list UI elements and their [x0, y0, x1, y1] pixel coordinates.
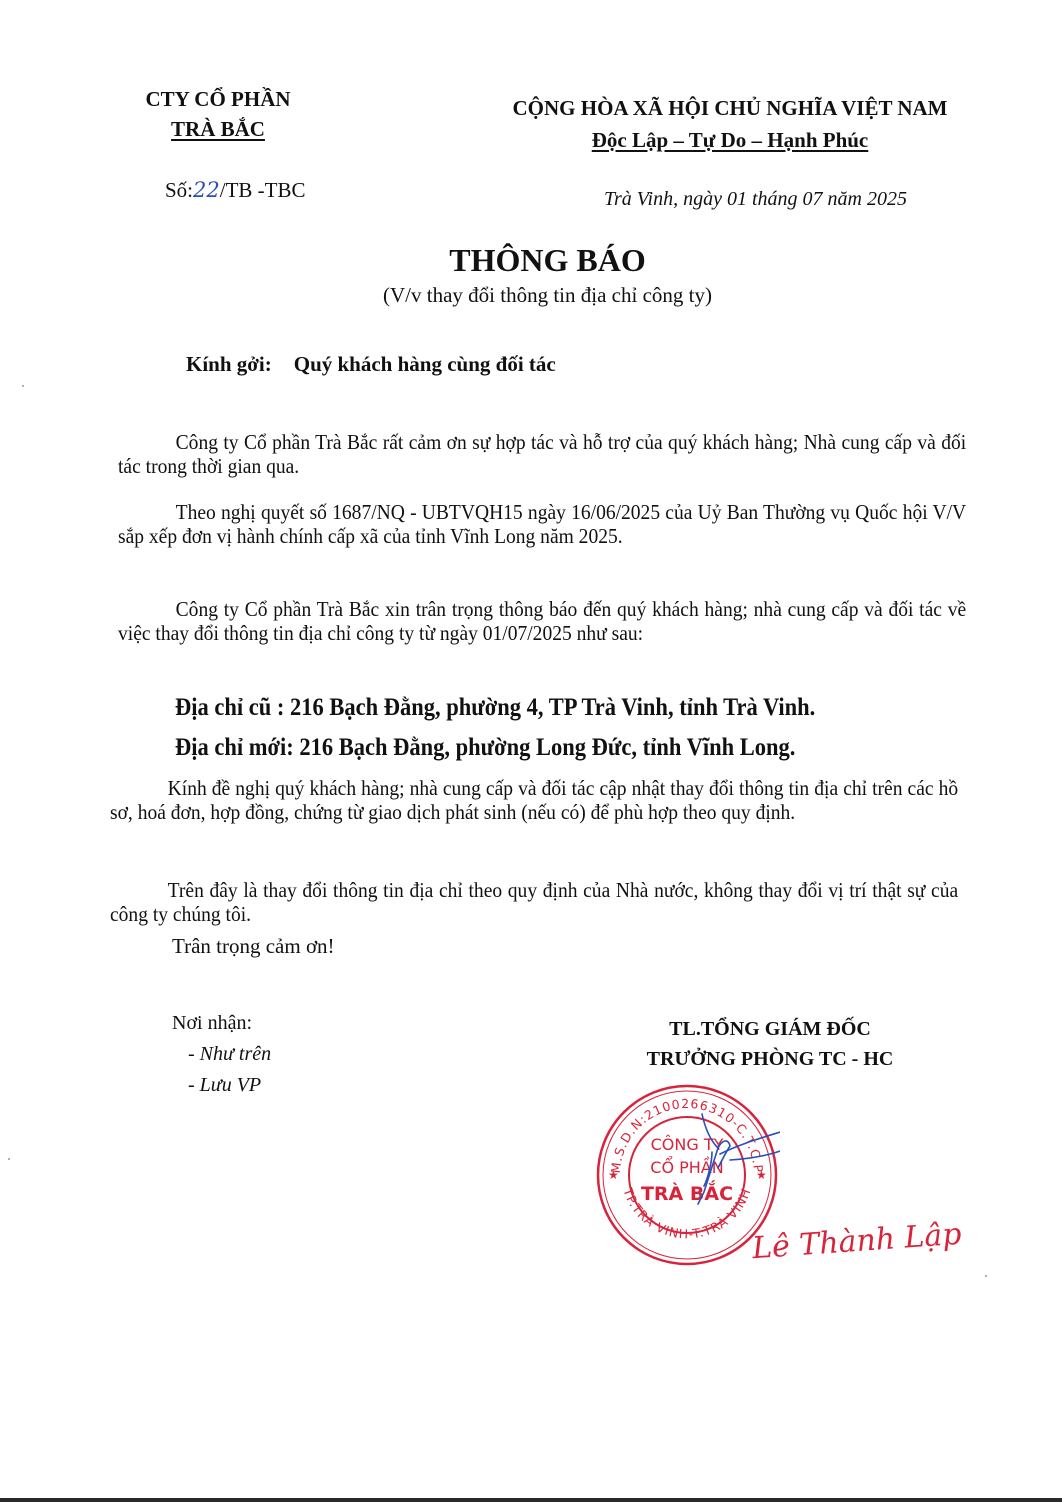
national-motto: Độc Lập – Tự Do – Hạnh Phúc	[470, 124, 990, 156]
recipient-label: Kính gởi:	[186, 352, 272, 376]
recipient-value: Quý khách hàng cùng đối tác	[294, 352, 556, 376]
recipient-item: - Lưu VP	[172, 1070, 271, 1101]
body-paragraph-1: Công ty Cổ phần Trà Bắc rất cảm ơn sự hợ…	[118, 430, 966, 478]
signature-title: TL.TỔNG GIÁM ĐỐC TRƯỞNG PHÒNG TC - HC	[600, 1014, 940, 1074]
scan-speck	[8, 1158, 10, 1160]
svg-text:★: ★	[756, 1168, 767, 1182]
document-subtitle: (V/v thay đổi thông tin địa chỉ công ty)	[0, 283, 1062, 308]
company-header: CTY CỔ PHẦN TRÀ BẮC	[108, 84, 328, 144]
old-address: Địa chỉ cũ : 216 Bạch Đằng, phường 4, TP…	[175, 694, 815, 722]
recipient-line: Kính gởi:Quý khách hàng cùng đối tác	[186, 352, 556, 377]
recipients-list: Nơi nhận: - Như trên - Lưu VP	[172, 1008, 271, 1101]
new-address: Địa chỉ mới: 216 Bạch Đằng, phường Long …	[175, 734, 795, 762]
scan-speck	[985, 1275, 987, 1277]
place-date: Trà Vinh, ngày 01 tháng 07 năm 2025	[604, 188, 907, 211]
document-title: THÔNG BÁO	[0, 242, 1062, 279]
closing-line: Trân trọng cảm ơn!	[172, 934, 335, 959]
recipients-label: Nơi nhận:	[172, 1008, 271, 1039]
body-paragraph-4: Kính đề nghị quý khách hàng; nhà cung cấ…	[110, 776, 958, 824]
scan-speck	[22, 385, 24, 387]
svg-text:★: ★	[608, 1168, 619, 1182]
signature-title-line2: TRƯỞNG PHÒNG TC - HC	[600, 1044, 940, 1074]
doc-number-suffix: /TB -TBC	[220, 178, 306, 202]
svg-text:TRÀ BẮC: TRÀ BẮC	[641, 1179, 733, 1205]
signer-name: Lê Thành Lập	[751, 1217, 963, 1267]
company-name-line1: CTY CỔ PHẦN	[108, 84, 328, 114]
body-paragraph-3: Công ty Cổ phần Trà Bắc xin trân trọng t…	[118, 597, 966, 645]
recipient-item: - Như trên	[172, 1039, 271, 1070]
company-name-line2: TRÀ BẮC	[108, 114, 328, 144]
doc-number-prefix: Số:	[165, 178, 193, 202]
body-paragraph-2: Theo nghị quyết số 1687/NQ - UBTVQH15 ng…	[118, 500, 966, 548]
svg-text:CÔNG TY: CÔNG TY	[651, 1135, 724, 1154]
motto-text: Độc Lập – Tự Do – Hạnh Phúc	[592, 128, 869, 152]
signature-title-line1: TL.TỔNG GIÁM ĐỐC	[600, 1014, 940, 1044]
page-bottom-edge	[0, 1498, 1062, 1502]
body-paragraph-5: Trên đây là thay đổi thông tin địa chỉ t…	[110, 878, 958, 926]
doc-number-handwritten: 22	[193, 178, 220, 202]
nation-name: CỘNG HÒA XÃ HỘI CHỦ NGHĨA VIỆT NAM	[470, 92, 990, 124]
document-number: Số:22/TB -TBC	[165, 178, 306, 203]
national-header: CỘNG HÒA XÃ HỘI CHỦ NGHĨA VIỆT NAM Độc L…	[470, 92, 990, 156]
